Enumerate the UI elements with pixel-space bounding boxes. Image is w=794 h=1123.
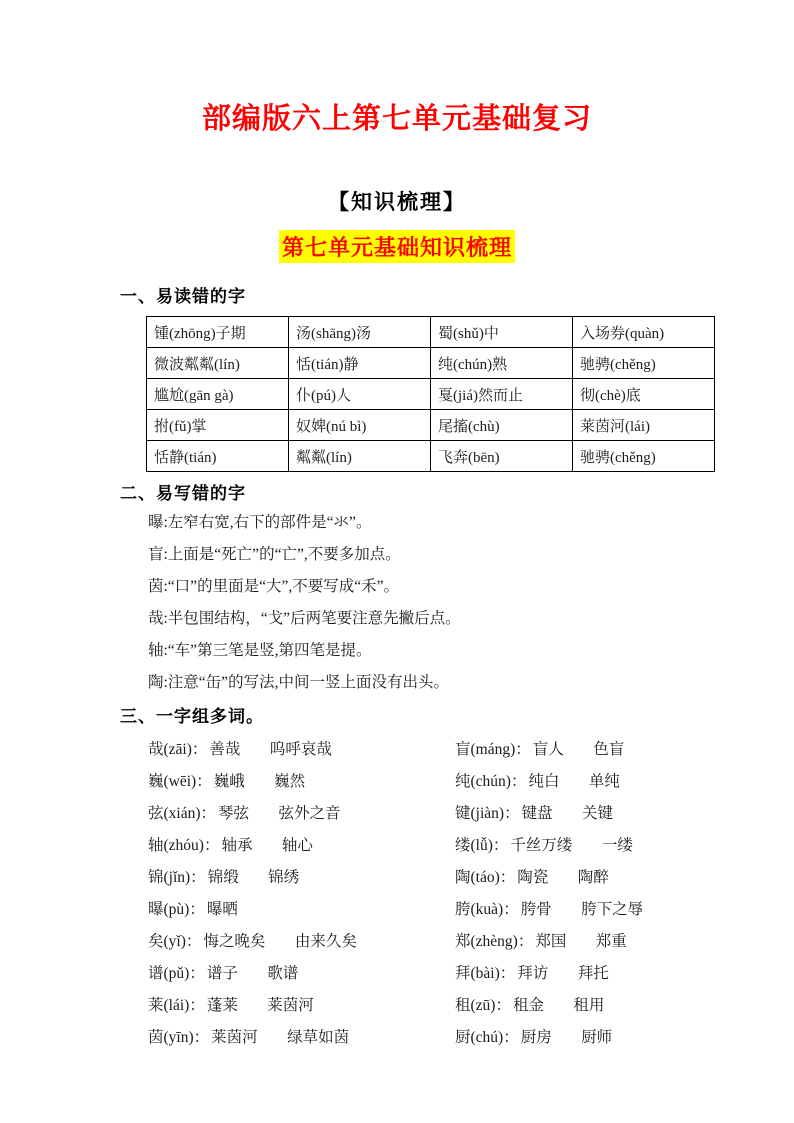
table-cell: 彻(chè)底 bbox=[573, 379, 715, 410]
word-entry: 拜(bài)：拜访拜托 bbox=[455, 958, 726, 990]
entry-char-pinyin: 厨(chú)： bbox=[455, 1029, 519, 1046]
entry-word: 单纯 bbox=[589, 773, 620, 790]
entry-word: 一缕 bbox=[602, 837, 633, 854]
entry-word: 厨师 bbox=[581, 1029, 612, 1046]
entry-word: 拜托 bbox=[578, 965, 609, 982]
note-line: 哉:半包围结构，“戈”后两笔要注意先撇后点。 bbox=[148, 603, 726, 635]
section2-heading: 二、易写错的字 bbox=[120, 479, 726, 504]
entry-word: 弦外之音 bbox=[278, 805, 340, 822]
table-cell: 尴尬(gān gà) bbox=[147, 379, 289, 410]
word-entry: 键(jiàn)：键盘关键 bbox=[455, 798, 726, 830]
words-left-column: 哉(zāi)：善哉呜呼哀哉巍(wēi)：巍峨巍然弦(xián)：琴弦弦外之音轴(… bbox=[148, 734, 455, 1054]
entry-word: 琴弦 bbox=[218, 805, 249, 822]
table-cell: 恬(tián)静 bbox=[289, 348, 431, 379]
word-entry: 轴(zhóu)：轴承轴心 bbox=[148, 830, 455, 862]
entry-word: 陶醉 bbox=[578, 869, 609, 886]
word-entry: 租(zū)：租金租用 bbox=[455, 990, 726, 1022]
note-line: 茵:“口”的里面是“大”,不要写成“禾”。 bbox=[148, 571, 726, 603]
table-row: 拊(fǔ)掌奴婢(nú bì)尾搐(chù)莱茵河(lái) bbox=[147, 410, 715, 441]
entry-word: 盲人 bbox=[533, 741, 564, 758]
entry-word: 千丝万缕 bbox=[510, 837, 572, 854]
highlight-heading-wrap: 第七单元基础知识梳理 bbox=[0, 230, 794, 263]
note-line: 曝:左窄右宽,右下的部件是“氺”。 bbox=[148, 507, 726, 539]
table-row: 微波粼粼(lín)恬(tián)静纯(chún)熟驰骋(chěng) bbox=[147, 348, 715, 379]
word-entry: 缕(lǚ)：千丝万缕一缕 bbox=[455, 830, 726, 862]
entry-word: 轴心 bbox=[282, 837, 313, 854]
table-cell: 粼粼(lín) bbox=[289, 441, 431, 472]
word-columns: 哉(zāi)：善哉呜呼哀哉巍(wēi)：巍峨巍然弦(xián)：琴弦弦外之音轴(… bbox=[148, 734, 726, 1054]
entry-char-pinyin: 巍(wēi)： bbox=[148, 773, 212, 790]
document-body: 一、易读错的字 锺(zhōng)子期汤(shāng)汤蜀(shǔ)中入场券(qu… bbox=[120, 282, 726, 1054]
entry-word: 蓬莱 bbox=[207, 997, 238, 1014]
miswritten-lines: 曝:左窄右宽,右下的部件是“氺”。盲:上面是“死亡”的“亡”,不要多加点。茵:“… bbox=[148, 507, 726, 699]
entry-word: 莱茵河 bbox=[211, 1029, 258, 1046]
knowledge-review-heading: 【知识梳理】 bbox=[0, 186, 794, 216]
word-entry: 茵(yīn)：莱茵河绿草如茵 bbox=[148, 1022, 455, 1054]
entry-word: 胯骨 bbox=[521, 901, 552, 918]
entry-word: 歌谱 bbox=[267, 965, 298, 982]
table-cell: 仆(pú)人 bbox=[289, 379, 431, 410]
entry-char-pinyin: 茵(yīn)： bbox=[148, 1029, 209, 1046]
table-cell: 驰骋(chěng) bbox=[573, 441, 715, 472]
table-cell: 奴婢(nú bì) bbox=[289, 410, 431, 441]
table-cell: 飞奔(bēn) bbox=[431, 441, 573, 472]
entry-word: 绿草如茵 bbox=[287, 1029, 349, 1046]
entry-char-pinyin: 锦(jǐn)： bbox=[148, 869, 206, 886]
entry-word: 锦绣 bbox=[268, 869, 299, 886]
entry-word: 租金 bbox=[513, 997, 544, 1014]
table-cell: 拊(fǔ)掌 bbox=[147, 410, 289, 441]
entry-word: 呜呼哀哉 bbox=[270, 741, 332, 758]
entry-word: 巍峨 bbox=[214, 773, 245, 790]
table-cell: 汤(shāng)汤 bbox=[289, 317, 431, 348]
word-entry: 厨(chú)：厨房厨师 bbox=[455, 1022, 726, 1054]
word-entry: 陶(táo)：陶瓷陶醉 bbox=[455, 862, 726, 894]
table-cell: 恬静(tián) bbox=[147, 441, 289, 472]
section3-heading: 三、一字组多词。 bbox=[120, 702, 726, 727]
entry-char-pinyin: 哉(zāi)： bbox=[148, 741, 207, 758]
entry-char-pinyin: 矣(yǐ)： bbox=[148, 933, 201, 950]
entry-word: 厨房 bbox=[521, 1029, 552, 1046]
note-line: 陶:注意“缶”的写法,中间一竖上面没有出头。 bbox=[148, 667, 726, 699]
table-cell: 蜀(shǔ)中 bbox=[431, 317, 573, 348]
entry-word: 郑重 bbox=[596, 933, 627, 950]
entry-word: 键盘 bbox=[522, 805, 553, 822]
table-cell: 驰骋(chěng) bbox=[573, 348, 715, 379]
table-cell: 戛(jiá)然而止 bbox=[431, 379, 573, 410]
word-entry: 谱(pǔ)：谱子歌谱 bbox=[148, 958, 455, 990]
word-entry: 锦(jǐn)：锦缎锦绣 bbox=[148, 862, 455, 894]
entry-word: 纯白 bbox=[528, 773, 559, 790]
entry-char-pinyin: 陶(táo)： bbox=[455, 869, 515, 886]
table-row: 锺(zhōng)子期汤(shāng)汤蜀(shǔ)中入场券(quàn) bbox=[147, 317, 715, 348]
entry-word: 轴承 bbox=[221, 837, 252, 854]
entry-char-pinyin: 租(zū)： bbox=[455, 997, 511, 1014]
entry-word: 租用 bbox=[573, 997, 604, 1014]
note-line: 轴:“车”第三笔是竖,第四笔是提。 bbox=[148, 635, 726, 667]
pronunciation-table: 锺(zhōng)子期汤(shāng)汤蜀(shǔ)中入场券(quàn)微波粼粼(… bbox=[146, 316, 715, 472]
entry-word: 善哉 bbox=[209, 741, 240, 758]
entry-word: 胯下之辱 bbox=[581, 901, 643, 918]
word-entry: 哉(zāi)：善哉呜呼哀哉 bbox=[148, 734, 455, 766]
entry-word: 谱子 bbox=[207, 965, 238, 982]
entry-word: 色盲 bbox=[593, 741, 624, 758]
table-cell: 莱茵河(lái) bbox=[573, 410, 715, 441]
word-entry: 曝(pù)：曝晒 bbox=[148, 894, 455, 926]
table-cell: 锺(zhōng)子期 bbox=[147, 317, 289, 348]
entry-word: 拜访 bbox=[517, 965, 548, 982]
table-row: 尴尬(gān gà)仆(pú)人戛(jiá)然而止彻(chè)底 bbox=[147, 379, 715, 410]
note-line: 盲:上面是“死亡”的“亡”,不要多加点。 bbox=[148, 539, 726, 571]
word-entry: 弦(xián)：琴弦弦外之音 bbox=[148, 798, 455, 830]
pronunciation-table-body: 锺(zhōng)子期汤(shāng)汤蜀(shǔ)中入场券(quàn)微波粼粼(… bbox=[147, 317, 715, 472]
entry-char-pinyin: 胯(kuà)： bbox=[455, 901, 519, 918]
entry-char-pinyin: 轴(zhóu)： bbox=[148, 837, 219, 854]
table-row: 恬静(tián)粼粼(lín)飞奔(bēn)驰骋(chěng) bbox=[147, 441, 715, 472]
word-entry: 莱(lái)：蓬莱莱茵河 bbox=[148, 990, 455, 1022]
word-entry: 郑(zhèng)：郑国郑重 bbox=[455, 926, 726, 958]
entry-char-pinyin: 键(jiàn)： bbox=[455, 805, 520, 822]
entry-word: 巍然 bbox=[274, 773, 305, 790]
entry-word: 郑国 bbox=[535, 933, 566, 950]
table-cell: 微波粼粼(lín) bbox=[147, 348, 289, 379]
entry-word: 悔之晚矣 bbox=[203, 933, 265, 950]
words-right-column: 盲(máng)：盲人色盲纯(chún)：纯白单纯键(jiàn)：键盘关键缕(lǚ… bbox=[455, 734, 726, 1054]
entry-word: 关键 bbox=[582, 805, 613, 822]
word-entry: 矣(yǐ)：悔之晚矣由来久矣 bbox=[148, 926, 455, 958]
entry-char-pinyin: 郑(zhèng)： bbox=[455, 933, 533, 950]
entry-char-pinyin: 缕(lǚ)： bbox=[455, 837, 508, 854]
section1-heading: 一、易读错的字 bbox=[120, 282, 726, 307]
table-cell: 尾搐(chù) bbox=[431, 410, 573, 441]
entry-char-pinyin: 曝(pù)： bbox=[148, 901, 205, 918]
table-cell: 纯(chún)熟 bbox=[431, 348, 573, 379]
entry-word: 陶瓷 bbox=[517, 869, 548, 886]
entry-char-pinyin: 谱(pǔ)： bbox=[148, 965, 205, 982]
table-cell: 入场券(quàn) bbox=[573, 317, 715, 348]
entry-word: 由来久矣 bbox=[295, 933, 357, 950]
word-entry: 巍(wēi)：巍峨巍然 bbox=[148, 766, 455, 798]
entry-char-pinyin: 莱(lái)： bbox=[148, 997, 205, 1014]
entry-char-pinyin: 弦(xián)： bbox=[148, 805, 216, 822]
entry-char-pinyin: 拜(bài)： bbox=[455, 965, 515, 982]
entry-char-pinyin: 盲(máng)： bbox=[455, 741, 531, 758]
entry-word: 曝晒 bbox=[207, 901, 238, 918]
entry-word: 莱茵河 bbox=[267, 997, 314, 1014]
page-title: 部编版六上第七单元基础复习 bbox=[0, 0, 794, 137]
word-entry: 盲(máng)：盲人色盲 bbox=[455, 734, 726, 766]
word-entry: 纯(chún)：纯白单纯 bbox=[455, 766, 726, 798]
word-entry: 胯(kuà)：胯骨胯下之辱 bbox=[455, 894, 726, 926]
entry-word: 锦缎 bbox=[208, 869, 239, 886]
entry-char-pinyin: 纯(chún)： bbox=[455, 773, 526, 790]
unit-knowledge-heading: 第七单元基础知识梳理 bbox=[279, 230, 515, 263]
